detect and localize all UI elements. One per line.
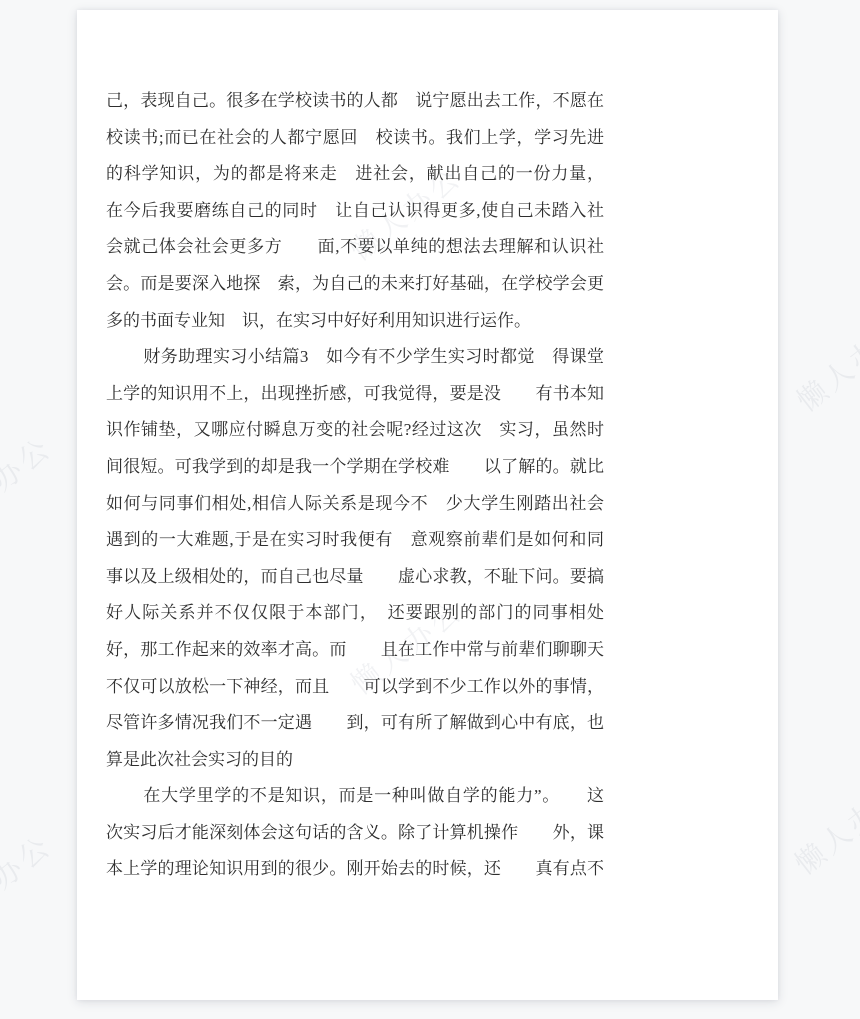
text-line: 好人际关系并不仅仅限于本部门， 还要跟别的部门的同事相处 [106, 595, 604, 632]
text-line: 如何与同事们相处,相信人际关系是现今不 少大学生刚踏出社会 [106, 486, 604, 523]
text-line: 上学的知识用不上，出现挫折感，可我觉得，要是没 有书本知 [106, 376, 604, 413]
watermark-text: 懒人办公 [785, 769, 860, 883]
text-line: 己，表现自己。很多在学校读书的人都 说宁愿出去工作，不愿在 [106, 83, 604, 120]
text-line: 识作铺垫，又哪应付瞬息万变的社会呢?经过这次 实习，虽然时 [106, 412, 604, 449]
text-line: 间很短。可我学到的却是我一个学期在学校难 以了解的。就比 [106, 449, 604, 486]
text-line: 在大学里学的不是知识，而是一种叫做自学的能力”。 这 [106, 778, 604, 815]
text-line: 遇到的一大难题,于是在实习时我便有 意观察前辈们是如何和同 [106, 522, 604, 559]
text-line: 在今后我要磨练自己的同时 让自己认识得更多,使自己未踏入社 [106, 193, 604, 230]
watermark-text: 懒人办公 [0, 426, 60, 540]
text-line: 次实习后才能深刻体会这句话的含义。除了计算机操作 外，课 [106, 815, 604, 852]
text-line: 会就己体会社会更多方 面,不要以单纯的想法去理解和认识社 [106, 229, 604, 266]
text-line: 财务助理实习小结篇3 如今有不少学生实习时都觉 得课堂 [106, 339, 604, 376]
text-line: 多的书面专业知 识，在实习中好好利用知识进行运作。 [106, 303, 604, 340]
text-line: 事以及上级相处的，而自己也尽量 虚心求教，不耻下问。要搞 [106, 559, 604, 596]
page-background: { "page": { "background_color": "#f7f8f9… [0, 0, 860, 1019]
text-line: 本上学的理论知识用到的很少。刚开始去的时候，还 真有点不 [106, 851, 604, 888]
text-line: 不仅可以放松一下神经，而且 可以学到不少工作以外的事情， [106, 669, 604, 706]
text-line: 会。而是要深入地探 索，为自己的未来打好基础，在学校学会更 [106, 266, 604, 303]
text-line: 算是此次社会实习的目的 [106, 742, 604, 779]
text-line: 校读书;而已在社会的人都宁愿回 校读书。我们上学，学习先进 [106, 120, 604, 157]
text-line: 尽管许多情况我们不一定遇 到，可有所了解做到心中有底，也 [106, 705, 604, 742]
text-line: 好，那工作起来的效率才高。而 且在工作中常与前辈们聊聊天 [106, 632, 604, 669]
text-line: 的科学知识，为的都是将来走 进社会，献出自己的一份力量， [106, 156, 604, 193]
watermark-text: 懒人办公 [0, 824, 60, 938]
watermark-text: 懒人办公 [787, 306, 860, 420]
document-body: 己，表现自己。很多在学校读书的人都 说宁愿出去工作，不愿在校读书;而已在社会的人… [106, 83, 604, 888]
